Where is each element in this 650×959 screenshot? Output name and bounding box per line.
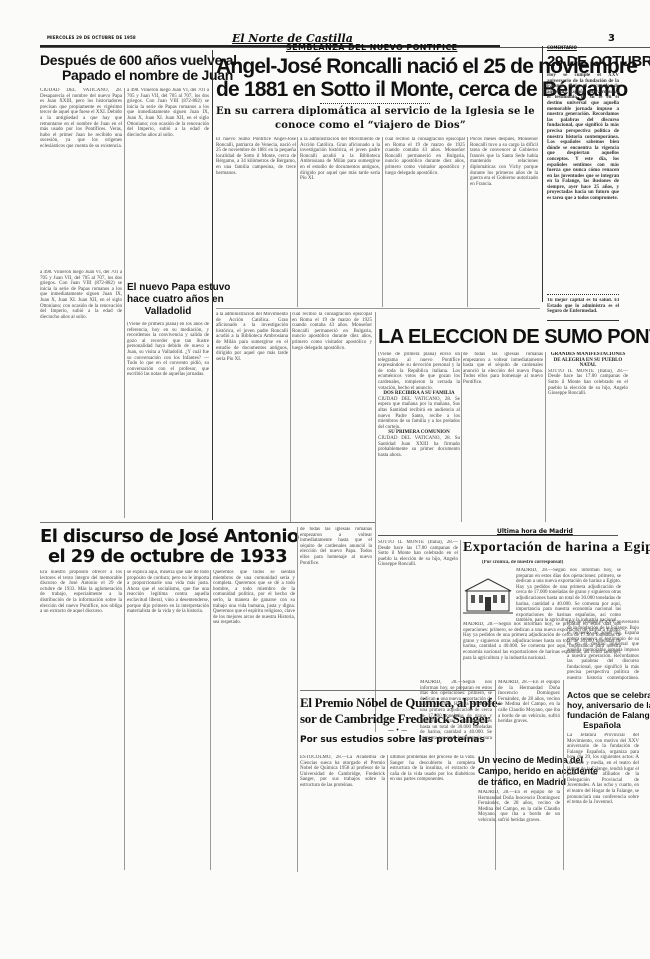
article-accidente-body: MADRID, 28.—En el equipo de la Hermandad… xyxy=(478,790,560,870)
byline: (Por crónica, de nuestro corresponsal) xyxy=(482,560,642,566)
article-falange: Actos que se celebrarán hoy, aniversario… xyxy=(567,690,637,730)
headline: Campo, herido en accidente xyxy=(478,766,560,777)
paragraph: SOTTO IL MONTE (Italia), 28.—Desde hace … xyxy=(548,369,628,529)
headline: el 29 de octubre de 1933 xyxy=(40,547,295,567)
article-juan-col2: a 498. Vinieron luego Juan VI, del 701 a… xyxy=(127,88,209,273)
column-rule xyxy=(387,755,388,870)
headline: 29 DE OCTUBRE xyxy=(547,53,650,70)
column-rule xyxy=(467,137,468,307)
column-rule xyxy=(382,137,383,307)
column-rule xyxy=(542,46,543,302)
article-harina-col: MADRID, 28.—Según nos informan hoy, se p… xyxy=(420,680,492,740)
headline: Después de 600 años vuelve al xyxy=(40,53,210,68)
article-eleccion-col1: (Viene de primera plana) envió un telegr… xyxy=(378,352,460,542)
headline: Exportación de harina a Egipto xyxy=(463,540,650,556)
headline: El nuevo Papa estuvo xyxy=(127,282,209,294)
article-juan-col1-cont: a 498. Vinieron luego Juan VI, del 701 a… xyxy=(40,270,122,520)
article-valladolid-body: (Viene de primera plana) en los años de … xyxy=(127,322,209,520)
subhead: GRANDES MANIFESTACIONES DE ALEGRIA EN SU… xyxy=(548,352,628,369)
article-harina-body: MADRID, 28.—Según nos informan hoy, se p… xyxy=(516,568,621,626)
article-falange-above: Hoy se cumple el XXV aniversario de la f… xyxy=(567,620,639,680)
article-eleccion-side: GRANDES MANIFESTACIONES DE ALEGRIA EN SU… xyxy=(548,352,628,529)
building-illustration xyxy=(463,575,513,617)
building-icon xyxy=(463,575,513,617)
headline: Española xyxy=(567,720,637,730)
article-nobel-col1: ESTOCOLMO, 28.—La Academia de Ciencias s… xyxy=(300,755,385,870)
column-rule xyxy=(210,570,211,870)
article-roncalli-col2: a la administración del Movimiento de Ac… xyxy=(300,137,380,307)
headline: LA ELECCION DE SUMO PONTIFICE xyxy=(378,326,650,349)
paragraph: CIUDAD DEL VATICANO, 28. Su Santidad Jua… xyxy=(378,436,460,458)
article-roncalli-col4: Pocos meses después, Monseñor Roncalli t… xyxy=(470,137,538,307)
headline: hoy, aniversario de la xyxy=(567,700,637,710)
paragraph: (Viene de primera plana) envió un telegr… xyxy=(378,352,460,391)
divider xyxy=(216,308,540,309)
article-jose-antonio: El discurso de José Antonio el 29 de oct… xyxy=(40,527,295,567)
article-jose-antonio-col3: Queremos que todos se sientan miembros d… xyxy=(213,570,295,870)
article-eleccion-col2: de todas las iglesias romanas empezaron … xyxy=(463,352,543,522)
subhead: DOS RECIBIRA A SU FAMILIA xyxy=(378,391,460,397)
column-rule xyxy=(290,312,291,522)
column-rule xyxy=(124,88,125,518)
article-accidente-above: MADRID, 28.—En el equipo de la Hermandad… xyxy=(498,680,560,752)
article-comentario-body: Hoy se cumple el XXV aniversario de la f… xyxy=(547,73,619,291)
divider xyxy=(547,292,619,295)
column-rule xyxy=(461,352,462,522)
headline: fundación de Falange xyxy=(567,710,637,720)
article-jose-antonio-col1: Era nuestro propósito ofrecer a los lect… xyxy=(40,570,122,870)
column-rule xyxy=(375,312,376,732)
divider xyxy=(320,101,430,104)
article-comentario-footnote: Tu mejor capital es tu salud. El Estado … xyxy=(547,298,619,320)
page-number: 3 xyxy=(608,33,615,44)
column-rule xyxy=(212,50,213,520)
article-roncalli-cont1: a la administración del Movimiento de Ac… xyxy=(216,312,288,522)
column-rule xyxy=(124,570,125,870)
article-accidente: Un vecino de Medina del Campo, herido en… xyxy=(478,755,560,788)
headline: El discurso de José Antonio xyxy=(40,527,295,547)
divider xyxy=(378,535,618,536)
article-roncalli-cont2: cual recibió la consagración episcopal e… xyxy=(292,312,372,522)
issue-date: MIERCOLES 29 DE OCTUBRE DE 1958 xyxy=(47,35,136,40)
headline: Valladolid xyxy=(127,306,209,318)
kicker: COMENTARIO xyxy=(547,45,577,50)
headline: Actos que se celebrarán xyxy=(567,690,637,700)
headline: hace cuatro años en xyxy=(127,294,209,306)
kicker: Ultima hora de Madrid xyxy=(497,528,573,535)
article-nobel-col2: últimos problemas del proceso de la vida… xyxy=(390,755,475,870)
column-rule xyxy=(563,680,564,870)
kicker: SEMBLANZA DEL NUEVO PONTIFICE xyxy=(286,43,458,52)
subhead: En su carrera diplomática al servicio de… xyxy=(216,106,535,117)
article-juan: Después de 600 años vuelve al Papado el … xyxy=(40,53,210,83)
column-rule xyxy=(460,540,461,690)
article-jose-antonio-col2: se explica aquí, miseria que sale de tod… xyxy=(127,570,209,870)
column-rule xyxy=(297,137,298,307)
divider xyxy=(547,320,619,321)
divider xyxy=(40,522,375,523)
headline: de tráfico, en Madrid xyxy=(478,777,560,788)
column-rule xyxy=(545,352,546,522)
headline: Papado el nombre de Juan xyxy=(62,68,210,83)
article-juan-col1: CIUDAD DEL VATICANO, 28. Desaparecía el … xyxy=(40,88,122,268)
paragraph: CIUDAD DEL VATICANO, 28. Se espera que m… xyxy=(378,397,460,431)
column-rule xyxy=(297,527,298,872)
article-valladolid: El nuevo Papa estuvo hace cuatro años en… xyxy=(127,282,209,318)
article-eleccion-cont: de todas las iglesias romanas empezaron … xyxy=(300,527,372,677)
subhead: conoce como el “viajero de Dios” xyxy=(275,120,466,131)
article-roncalli-col3: cual recibió la consagración episcopal e… xyxy=(385,137,465,307)
headline: Un vecino de Medina del xyxy=(478,755,560,766)
article-falange-body: La Jefatura Provincial del Movimiento, c… xyxy=(567,733,639,870)
article-roncalli-col1: El nuevo Sumo Pontífice Angel-José Ronca… xyxy=(216,137,296,307)
article-eleccion-cont2: SOTTO IL MONTE (Italia), 28.—Desde hace … xyxy=(378,540,458,680)
